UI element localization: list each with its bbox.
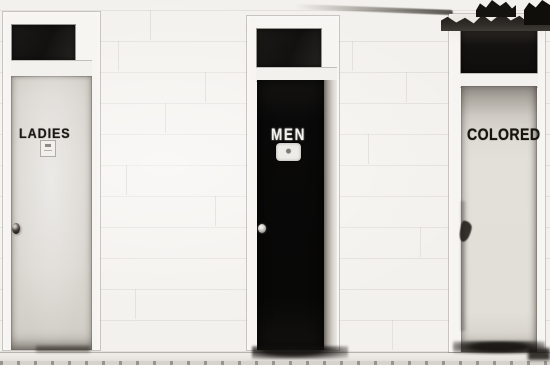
grime-smudge xyxy=(252,346,348,359)
door-placard xyxy=(276,143,301,161)
transom-window xyxy=(257,29,321,67)
door-label-men: MEN xyxy=(271,126,306,143)
grime-smudge xyxy=(528,348,550,360)
door-knob xyxy=(458,220,472,243)
door-panel-ladies: LADIES xyxy=(11,76,92,350)
door-jamb xyxy=(324,80,337,350)
door-knob xyxy=(258,224,266,233)
ground-edge xyxy=(0,361,550,365)
grime-smudge xyxy=(36,346,90,352)
transom-window xyxy=(12,25,75,60)
door-label-colored: COLORED xyxy=(467,126,540,143)
door-knob xyxy=(12,223,20,234)
door-panel-colored: COLORED xyxy=(461,86,537,352)
transom-window xyxy=(461,30,537,73)
photograph: LADIES MEN COLORED xyxy=(0,0,550,365)
door-placard xyxy=(41,141,55,156)
transom-bar xyxy=(11,60,92,77)
door-label-ladies: LADIES xyxy=(19,126,71,140)
door-panel-men: MEN xyxy=(257,80,324,350)
